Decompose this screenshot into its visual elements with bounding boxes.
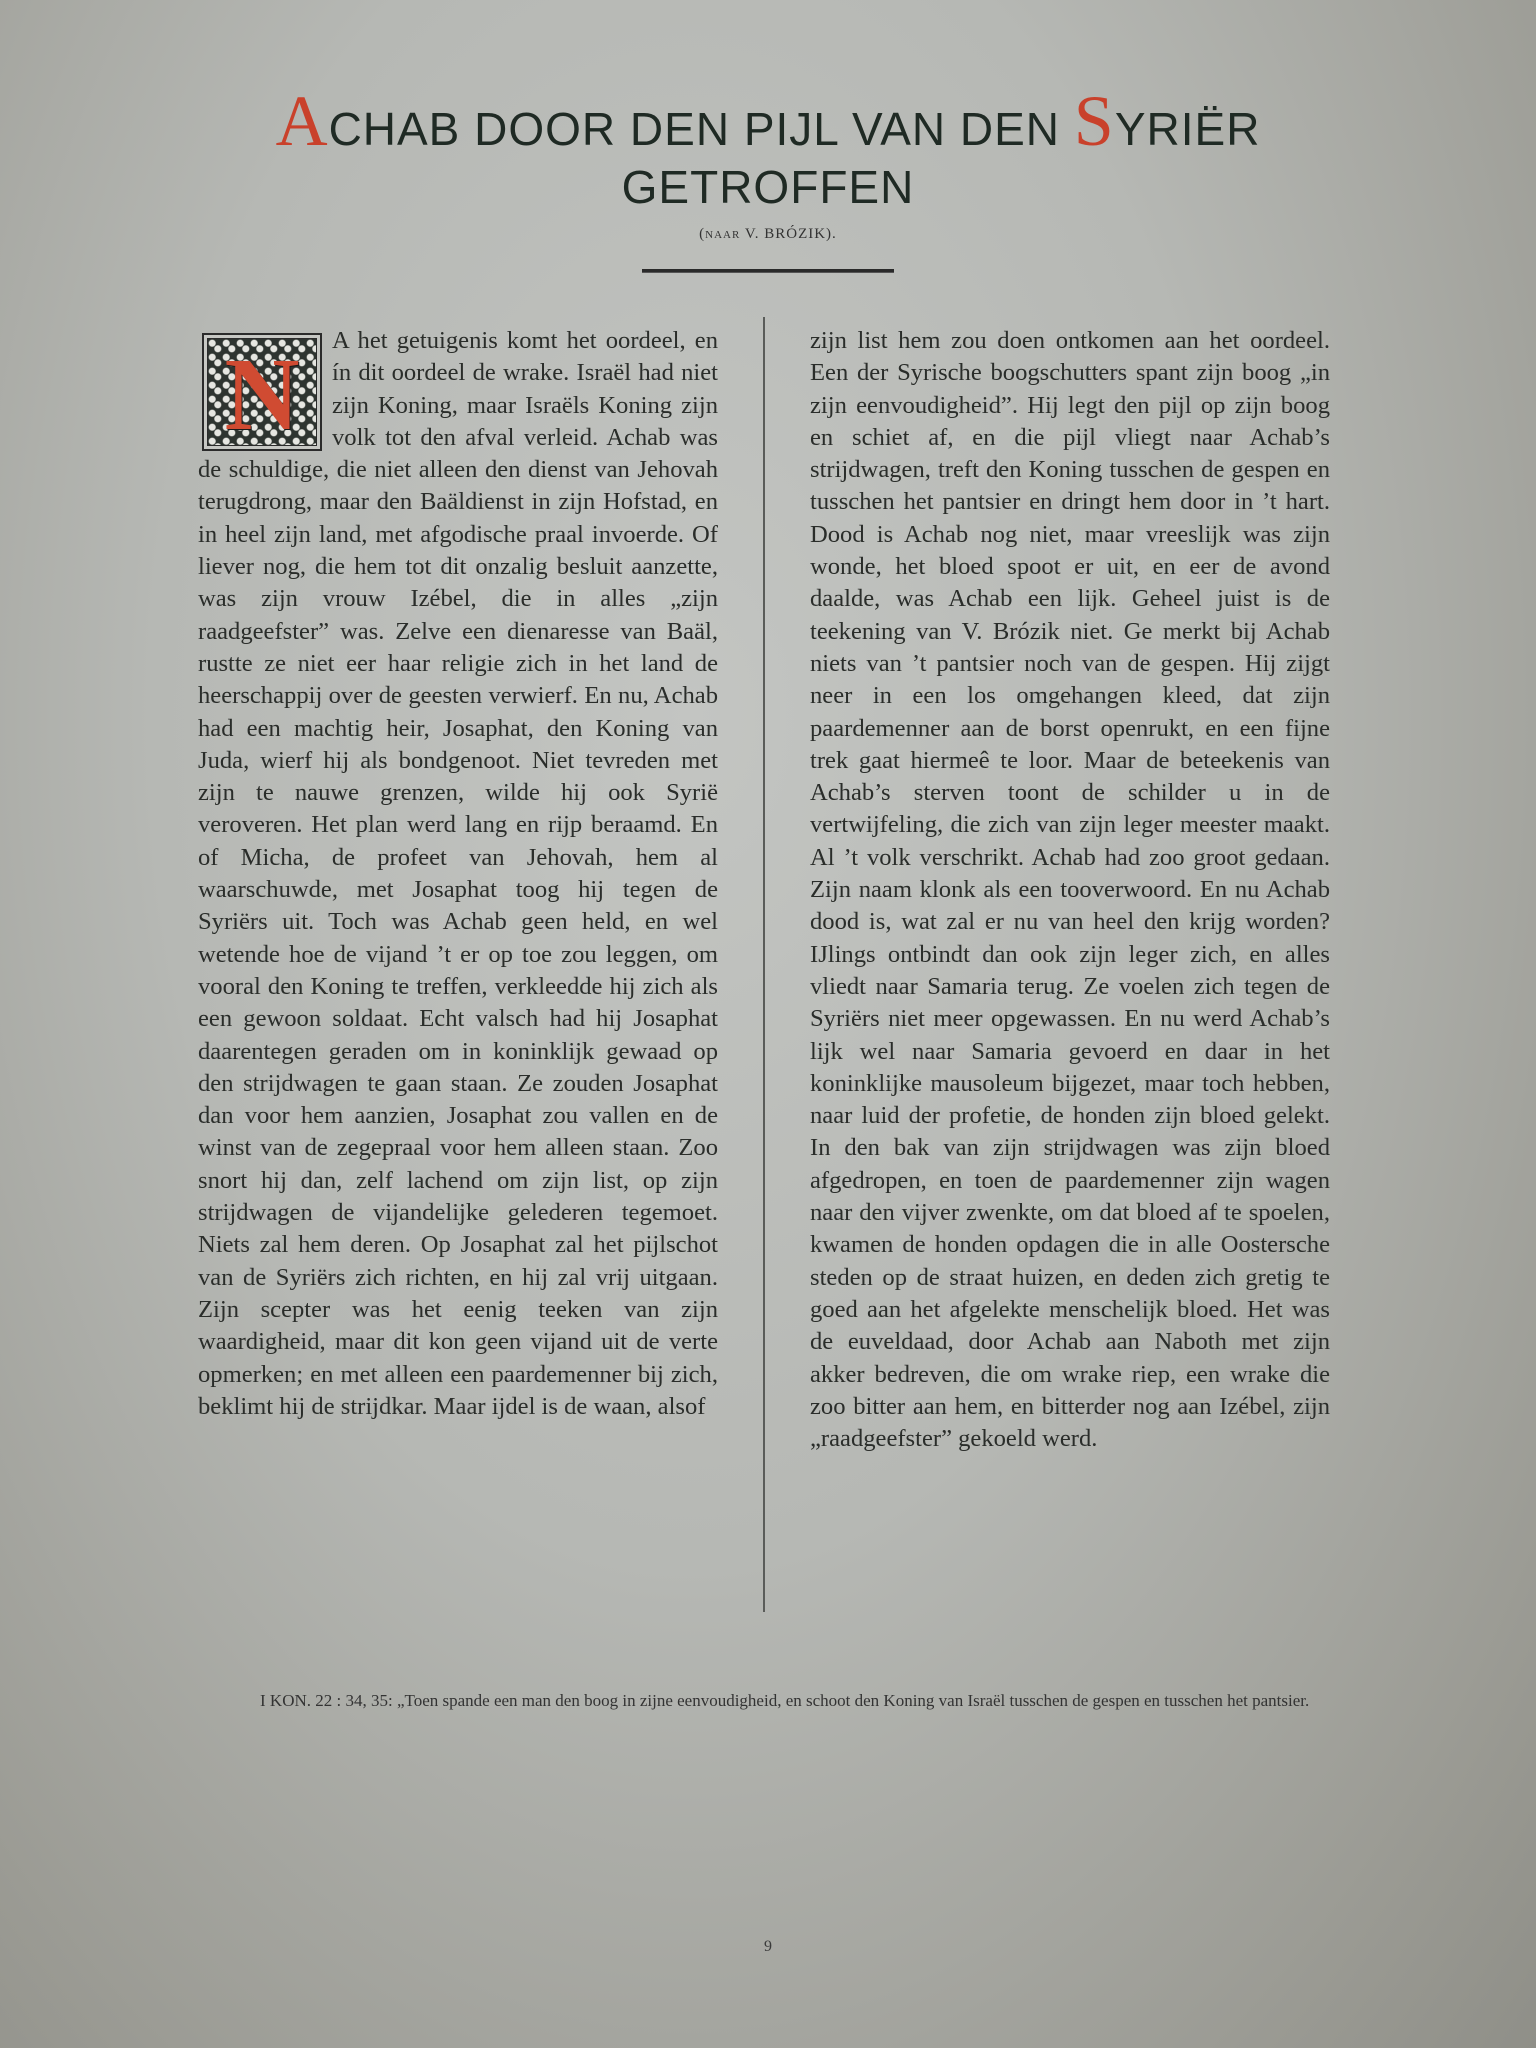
subtitle-attribution: (NAAR V. BRÓZIK). <box>0 226 1536 243</box>
footnote-text: „Toen spande een man den boog in zijne e… <box>393 1691 1310 1710</box>
right-column-text: zijn list hem zou doen ontkomen aan het … <box>810 325 1330 1455</box>
body-columns: N A het getuigenis komt het oordeel, en … <box>198 325 1343 1625</box>
title-rule-divider <box>642 269 894 273</box>
title-block: ACHAB DOOR DEN PIJL VAN DEN SYRIËR GETRO… <box>0 92 1536 273</box>
left-column: N A het getuigenis komt het oordeel, en … <box>198 325 718 1423</box>
footnote: I KON. 22 : 34, 35: „Toen spande een man… <box>198 1688 1343 1713</box>
drop-cap-letter: N <box>224 343 299 447</box>
title-red-initial-a: A <box>276 81 329 161</box>
footnote-reference: I KON. 22 : 34, 35: <box>260 1691 393 1710</box>
right-column: zijn list hem zou doen ontkomen aan het … <box>810 325 1330 1455</box>
left-column-text: A het getuigenis komt het oordeel, en ín… <box>198 325 718 1423</box>
illuminated-initial-icon: N <box>202 333 322 451</box>
page-number: 9 <box>0 1938 1536 1956</box>
column-divider <box>763 317 765 1612</box>
page-title-line-1: ACHAB DOOR DEN PIJL VAN DEN SYRIËR <box>0 92 1536 158</box>
title-red-initial-s: S <box>1074 81 1115 161</box>
page-title-line-2: GETROFFEN <box>0 158 1536 216</box>
